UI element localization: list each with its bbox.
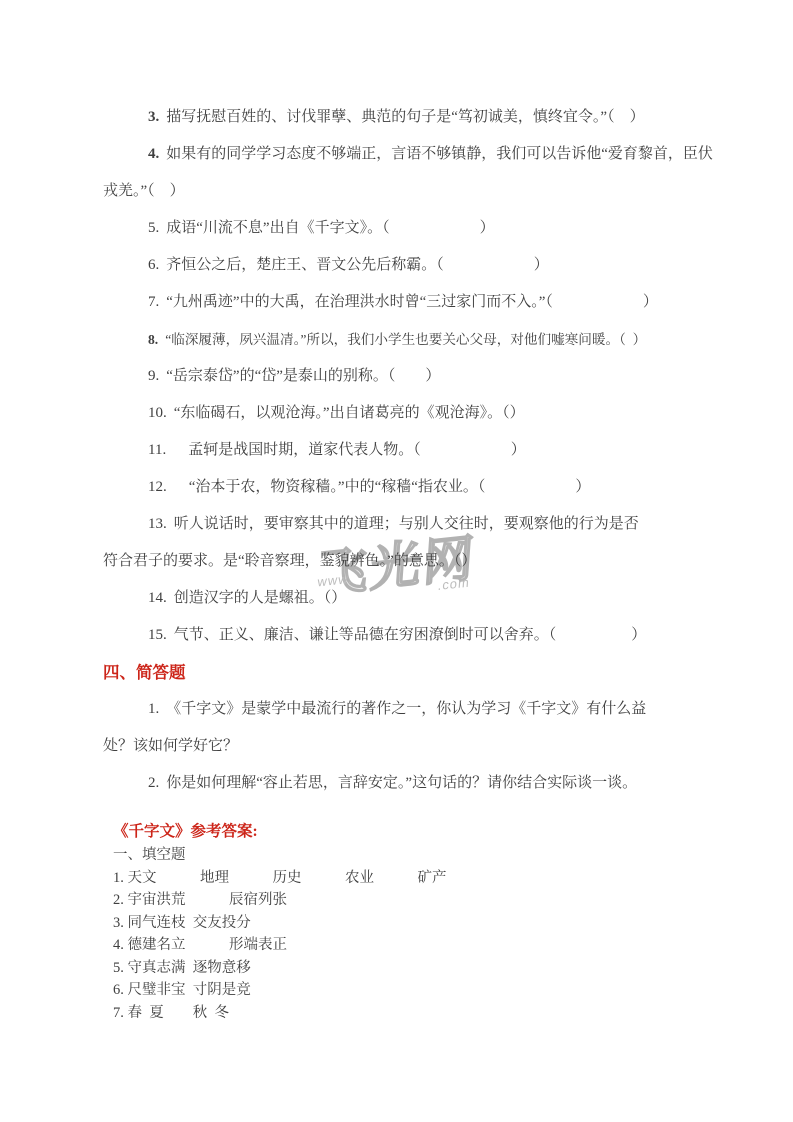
answer-key-section: 《千字文》参考答案: 一、填空题 1. 天文 地理 历史 农业 矿产 2. 宇宙… [113,819,733,1024]
answer-line: 4. 德建名立 形端表正 [113,934,733,957]
answer-line: 3. 同气连枝 交友投分 [113,912,733,935]
question-item: 13.听人说话时，要审察其中的道理；与别人交往时，要观察他的行为是否 [103,506,733,543]
document-page: 3.描写抚慰百姓的、讨伐罪孽、典范的句子是“笃初诚美，慎终宜令。”（ ） 4.如… [0,0,793,1024]
question-item: 4.如果有的同学学习态度不够端正，言语不够镇静，我们可以告诉他“爱育黎首，臣伏 [103,136,733,173]
question-text: 孟轲是战国时期，道家代表人物。（ ） [173,442,526,458]
question-text: 《千字文》是蒙学中最流行的著作之一，你认为学习《千字文》有什么益 [166,701,646,717]
question-item: 10.“东临碣石，以观沧海。”出自诸葛亮的《观沧海》。（） [103,395,733,432]
question-number: 6. [148,257,159,273]
question-text-continued: 戎羌。”（ ） [103,173,733,210]
question-number: 11. [148,442,166,458]
question-text: 创造汉字的人是螺祖。（） [174,590,347,606]
question-text: 你是如何理解“容止若思，言辞安定。”这句话的？请你结合实际谈一谈。 [166,775,637,791]
question-number: 14. [148,590,167,606]
question-item: 6.齐恒公之后，楚庄王、晋文公先后称霸。（ ） [103,247,733,284]
short-answer-section: 1.《千字文》是蒙学中最流行的著作之一，你认为学习《千字文》有什么益 处？该如何… [103,691,733,802]
question-text: 如果有的同学学习态度不够端正，言语不够镇静，我们可以告诉他“爱育黎首，臣伏 [166,146,713,162]
question-number: 12. [148,479,167,495]
question-text: 描写抚慰百姓的、讨伐罪孽、典范的句子是“笃初诚美，慎终宜令。”（ ） [166,109,644,125]
question-number: 5. [148,220,159,236]
question-text: “东临碣石，以观沧海。”出自诸葛亮的《观沧海》。（） [174,405,525,421]
question-item: 11. 孟轲是战国时期，道家代表人物。（ ） [103,432,733,469]
question-text-continued: 符合君子的要求。是“聆音察理，鉴貌辨色。”的意思。（） [103,543,733,580]
question-text: “岳宗泰岱”的“岱”是泰山的别称。（ ） [166,368,440,384]
answers-heading: 《千字文》参考答案: [113,819,733,844]
question-number: 15. [148,627,167,643]
answer-line: 7. 春 夏 秋 冬 [113,1002,733,1025]
question-item: 9.“岳宗泰岱”的“岱”是泰山的别称。（ ） [103,358,733,395]
answer-line: 1. 天文 地理 历史 农业 矿产 [113,867,733,890]
answer-line: 一、填空题 [113,844,733,867]
answer-line: 6. 尺璧非宝 寸阴是竞 [113,979,733,1002]
question-item: 8.“临深履薄，夙兴温凊。”所以，我们小学生也要关心父母，对他们嘘寒问暖。（ ） [103,321,733,358]
section-heading: 四、简答题 [103,654,733,691]
question-item: 7.“九州禹迹”中的大禹，在治理洪水时曾“三过家门而不入。”（ ） [103,284,733,321]
question-number: 13. [148,516,167,532]
question-number: 10. [148,405,167,421]
question-number: 3. [148,109,159,125]
answer-line: 2. 宇宙洪荒 辰宿列张 [113,889,733,912]
question-text: 听人说话时，要审察其中的道理；与别人交往时，要观察他的行为是否 [174,516,639,532]
answer-line: 5. 守真志满 逐物意移 [113,957,733,980]
question-number: 2. [148,775,159,791]
question-number: 1. [148,701,159,717]
question-item: 1.《千字文》是蒙学中最流行的著作之一，你认为学习《千字文》有什么益 [103,691,733,728]
question-text: 成语“川流不息”出自《千字文》。（ ） [166,220,494,236]
question-number: 8. [148,332,158,347]
question-item: 3.描写抚慰百姓的、讨伐罪孽、典范的句子是“笃初诚美，慎终宜令。”（ ） [103,99,733,136]
question-text: 气节、正义、廉洁、谦让等品德在穷困潦倒时可以舍弃。（ ） [174,627,647,643]
question-text: “治本于农，物资稼穑。”中的“稼穑“指农业。（ ） [174,479,591,495]
question-text: “临深履薄，夙兴温凊。”所以，我们小学生也要关心父母，对他们嘘寒问暖。（ ） [165,332,646,347]
question-number: 4. [148,146,159,162]
question-number: 7. [148,294,159,310]
question-item: 15.气节、正义、廉洁、谦让等品德在穷困潦倒时可以舍弃。（ ） [103,617,733,654]
question-number: 9. [148,368,159,384]
question-text: “九州禹迹”中的大禹，在治理洪水时曾“三过家门而不入。”（ ） [166,294,658,310]
question-item: 12. “治本于农，物资稼穑。”中的“稼穑“指农业。（ ） [103,469,733,506]
judge-questions-section: 3.描写抚慰百姓的、讨伐罪孽、典范的句子是“笃初诚美，慎终宜令。”（ ） 4.如… [103,99,733,654]
question-item: 2.你是如何理解“容止若思，言辞安定。”这句话的？请你结合实际谈一谈。 [103,765,733,802]
question-text-continued: 处？该如何学好它？ [103,728,733,765]
question-item: 5.成语“川流不息”出自《千字文》。（ ） [103,210,733,247]
question-text: 齐恒公之后，楚庄王、晋文公先后称霸。（ ） [166,257,549,273]
question-item: 14.创造汉字的人是螺祖。（） [103,580,733,617]
